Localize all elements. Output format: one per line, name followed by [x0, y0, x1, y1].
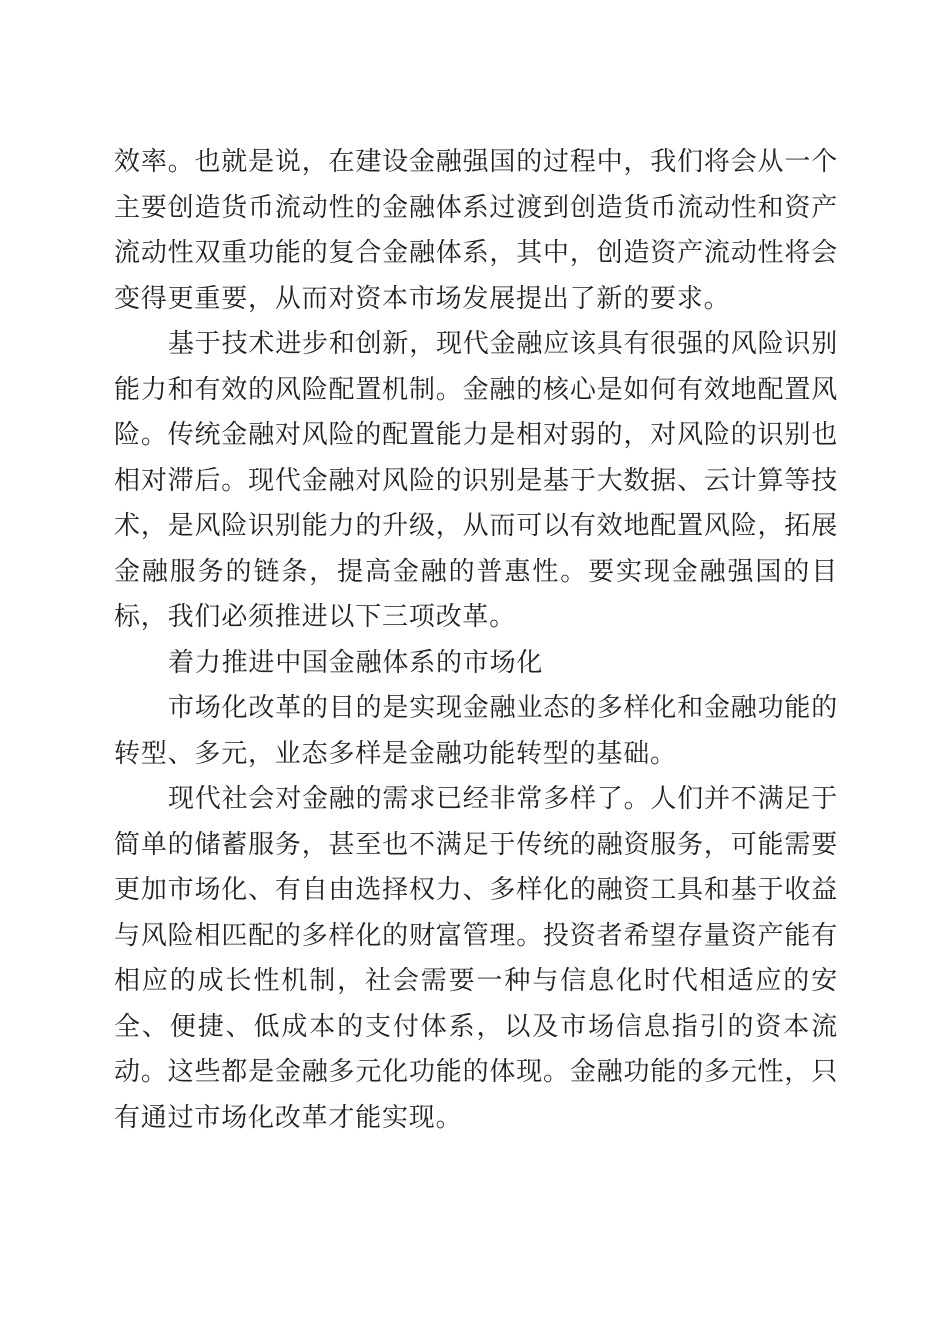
section-subheading: 着力推进中国金融体系的市场化 [114, 641, 838, 687]
body-paragraph: 基于技术进步和创新，现代金融应该具有很强的风险识别能力和有效的风险配置机制。金融… [114, 322, 838, 641]
document-page: 效率。也就是说，在建设金融强国的过程中，我们将会从一个主要创造货币流动性的金融体… [0, 0, 950, 1344]
body-paragraph: 效率。也就是说，在建设金融强国的过程中，我们将会从一个主要创造货币流动性的金融体… [114, 140, 838, 322]
body-paragraph: 现代社会对金融的需求已经非常多样了。人们并不满足于简单的储蓄服务，甚至也不满足于… [114, 777, 838, 1141]
document-text-block: 效率。也就是说，在建设金融强国的过程中，我们将会从一个主要创造货币流动性的金融体… [114, 140, 838, 1141]
body-paragraph: 市场化改革的目的是实现金融业态的多样化和金融功能的转型、多元，业态多样是金融功能… [114, 686, 838, 777]
